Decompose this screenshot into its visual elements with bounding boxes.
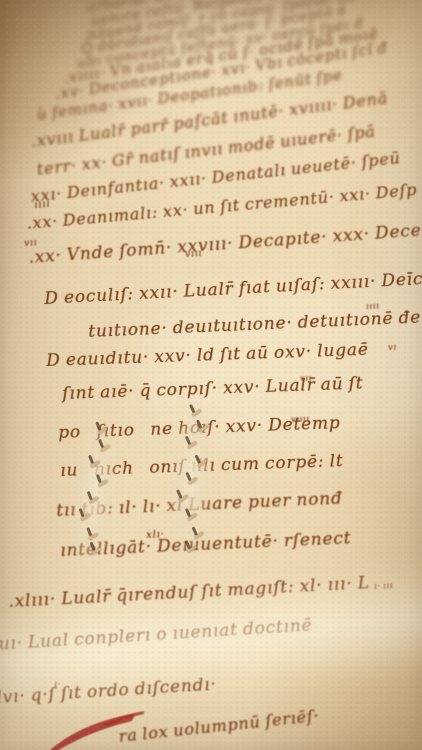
parchment-seam (178, 407, 218, 554)
red-initial-hairline (104, 711, 144, 727)
parchment-seam (76, 424, 123, 572)
manuscript-photo: arborıb: uṅ āıſ· ſ· luat q̄ ıueıṅ ſūp đe… (0, 0, 422, 750)
repair-scar (164, 394, 219, 557)
